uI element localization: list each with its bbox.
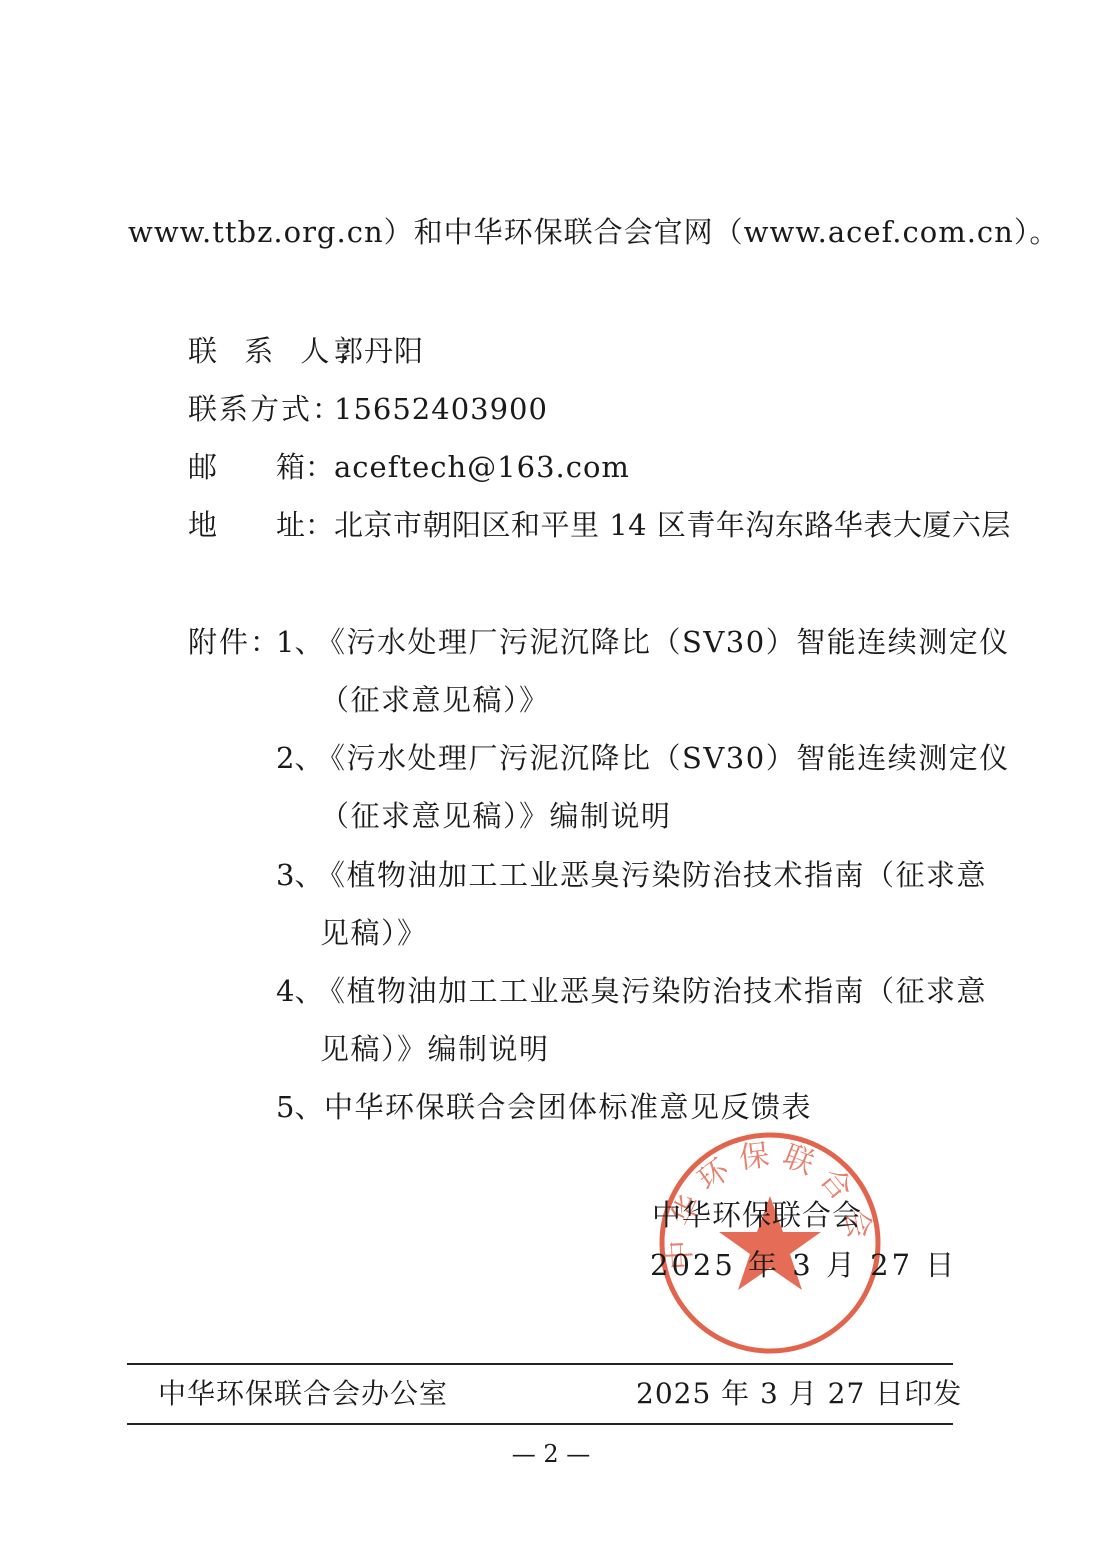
attachment-1-title: 《污水处理厂污泥沉降比（SV30）智能连续测定仪 [316, 624, 1010, 660]
attachment-4-title-cont: 见稿）》编制说明 [320, 1031, 550, 1067]
contact-address-label: 地 [188, 507, 217, 543]
issue-date: 2025 年 3 月 27 日印发 [636, 1376, 962, 1412]
url-paragraph: www.ttbz.org.cn）和中华环保联合会官网（www.acef.com.… [128, 214, 1059, 250]
contact-email-label-tail: 箱： [276, 449, 334, 485]
signer-organization: 中华环保联合会 [652, 1197, 862, 1233]
attachment-3-title-cont: 见稿）》 [320, 915, 428, 951]
contact-person-value: 郭丹阳 [334, 333, 424, 369]
contact-phone-value: 15652403900 [334, 391, 548, 427]
attachment-5-number: 5、 [276, 1089, 323, 1125]
contact-email-label: 邮 [188, 449, 217, 485]
official-seal: 中华环保联合会 [655, 1128, 885, 1358]
contact-phone-label: 联系方式： [188, 391, 343, 427]
attachments-label: 附件： [188, 624, 281, 660]
issuer-office: 中华环保联合会办公室 [158, 1376, 448, 1412]
page-number: — 2 — [0, 1439, 1102, 1469]
attachment-2-title-cont: （征求意见稿）》编制说明 [320, 798, 672, 834]
attachment-4-title: 《植物油加工工业恶臭污染防治技术指南（征求意 [316, 973, 987, 1009]
contact-email-value: aceftech@163.com [334, 449, 630, 485]
contact-address-value: 北京市朝阳区和平里 14 区青年沟东路华表大厦六层 [334, 507, 1011, 543]
footer-rule-top [127, 1363, 953, 1365]
attachment-3-title: 《植物油加工工业恶臭污染防治技术指南（征求意 [316, 857, 987, 893]
attachment-1-title-cont: （征求意见稿）》 [320, 682, 550, 718]
signing-date: 2025 年 3 月 27 日 [650, 1247, 957, 1283]
seal-graphic: 中华环保联合会 [655, 1128, 885, 1358]
footer-rule-bottom [127, 1423, 953, 1425]
contact-address-label-tail: 址： [276, 507, 334, 543]
attachment-5-title: 中华环保联合会团体标准意见反馈表 [324, 1089, 812, 1125]
attachment-2-title: 《污水处理厂污泥沉降比（SV30）智能连续测定仪 [316, 740, 1010, 776]
